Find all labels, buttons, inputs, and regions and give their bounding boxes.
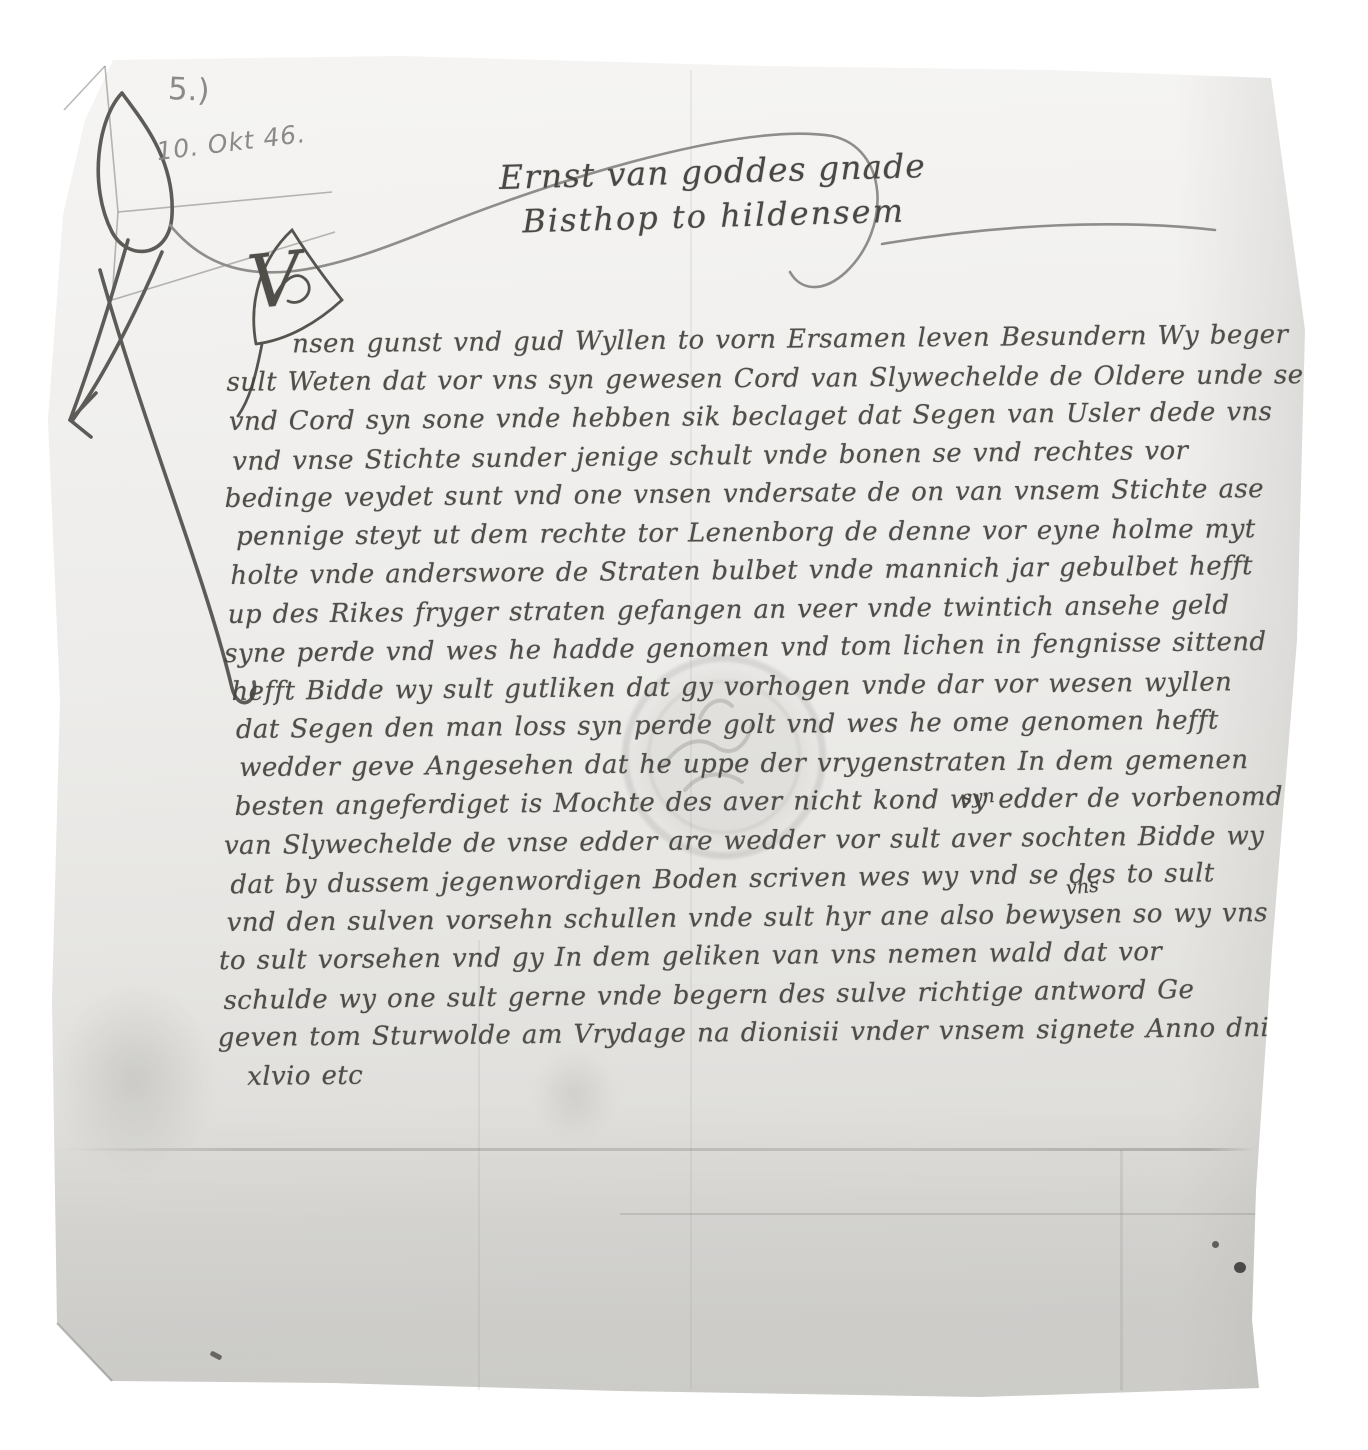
ornate-initial-letter: V xyxy=(244,235,306,326)
manuscript-body: nsen gunst vnd gud Wyllen to vorn Ersame… xyxy=(228,316,1265,1096)
manuscript-scan: 5.) 10. Okt 46. Ernst van goddes gnade B… xyxy=(0,0,1368,1450)
ink-spot xyxy=(1212,1241,1219,1248)
interlinear-insertion: syn xyxy=(961,785,995,809)
ink-spot xyxy=(1234,1262,1246,1273)
letter-heading: Ernst van goddes gnade Bisthop to hilden… xyxy=(477,145,949,241)
interlinear-insertion: vns xyxy=(1065,875,1100,900)
paper-stain xyxy=(55,985,215,1175)
archive-number-annotation: 5.) xyxy=(167,71,210,109)
